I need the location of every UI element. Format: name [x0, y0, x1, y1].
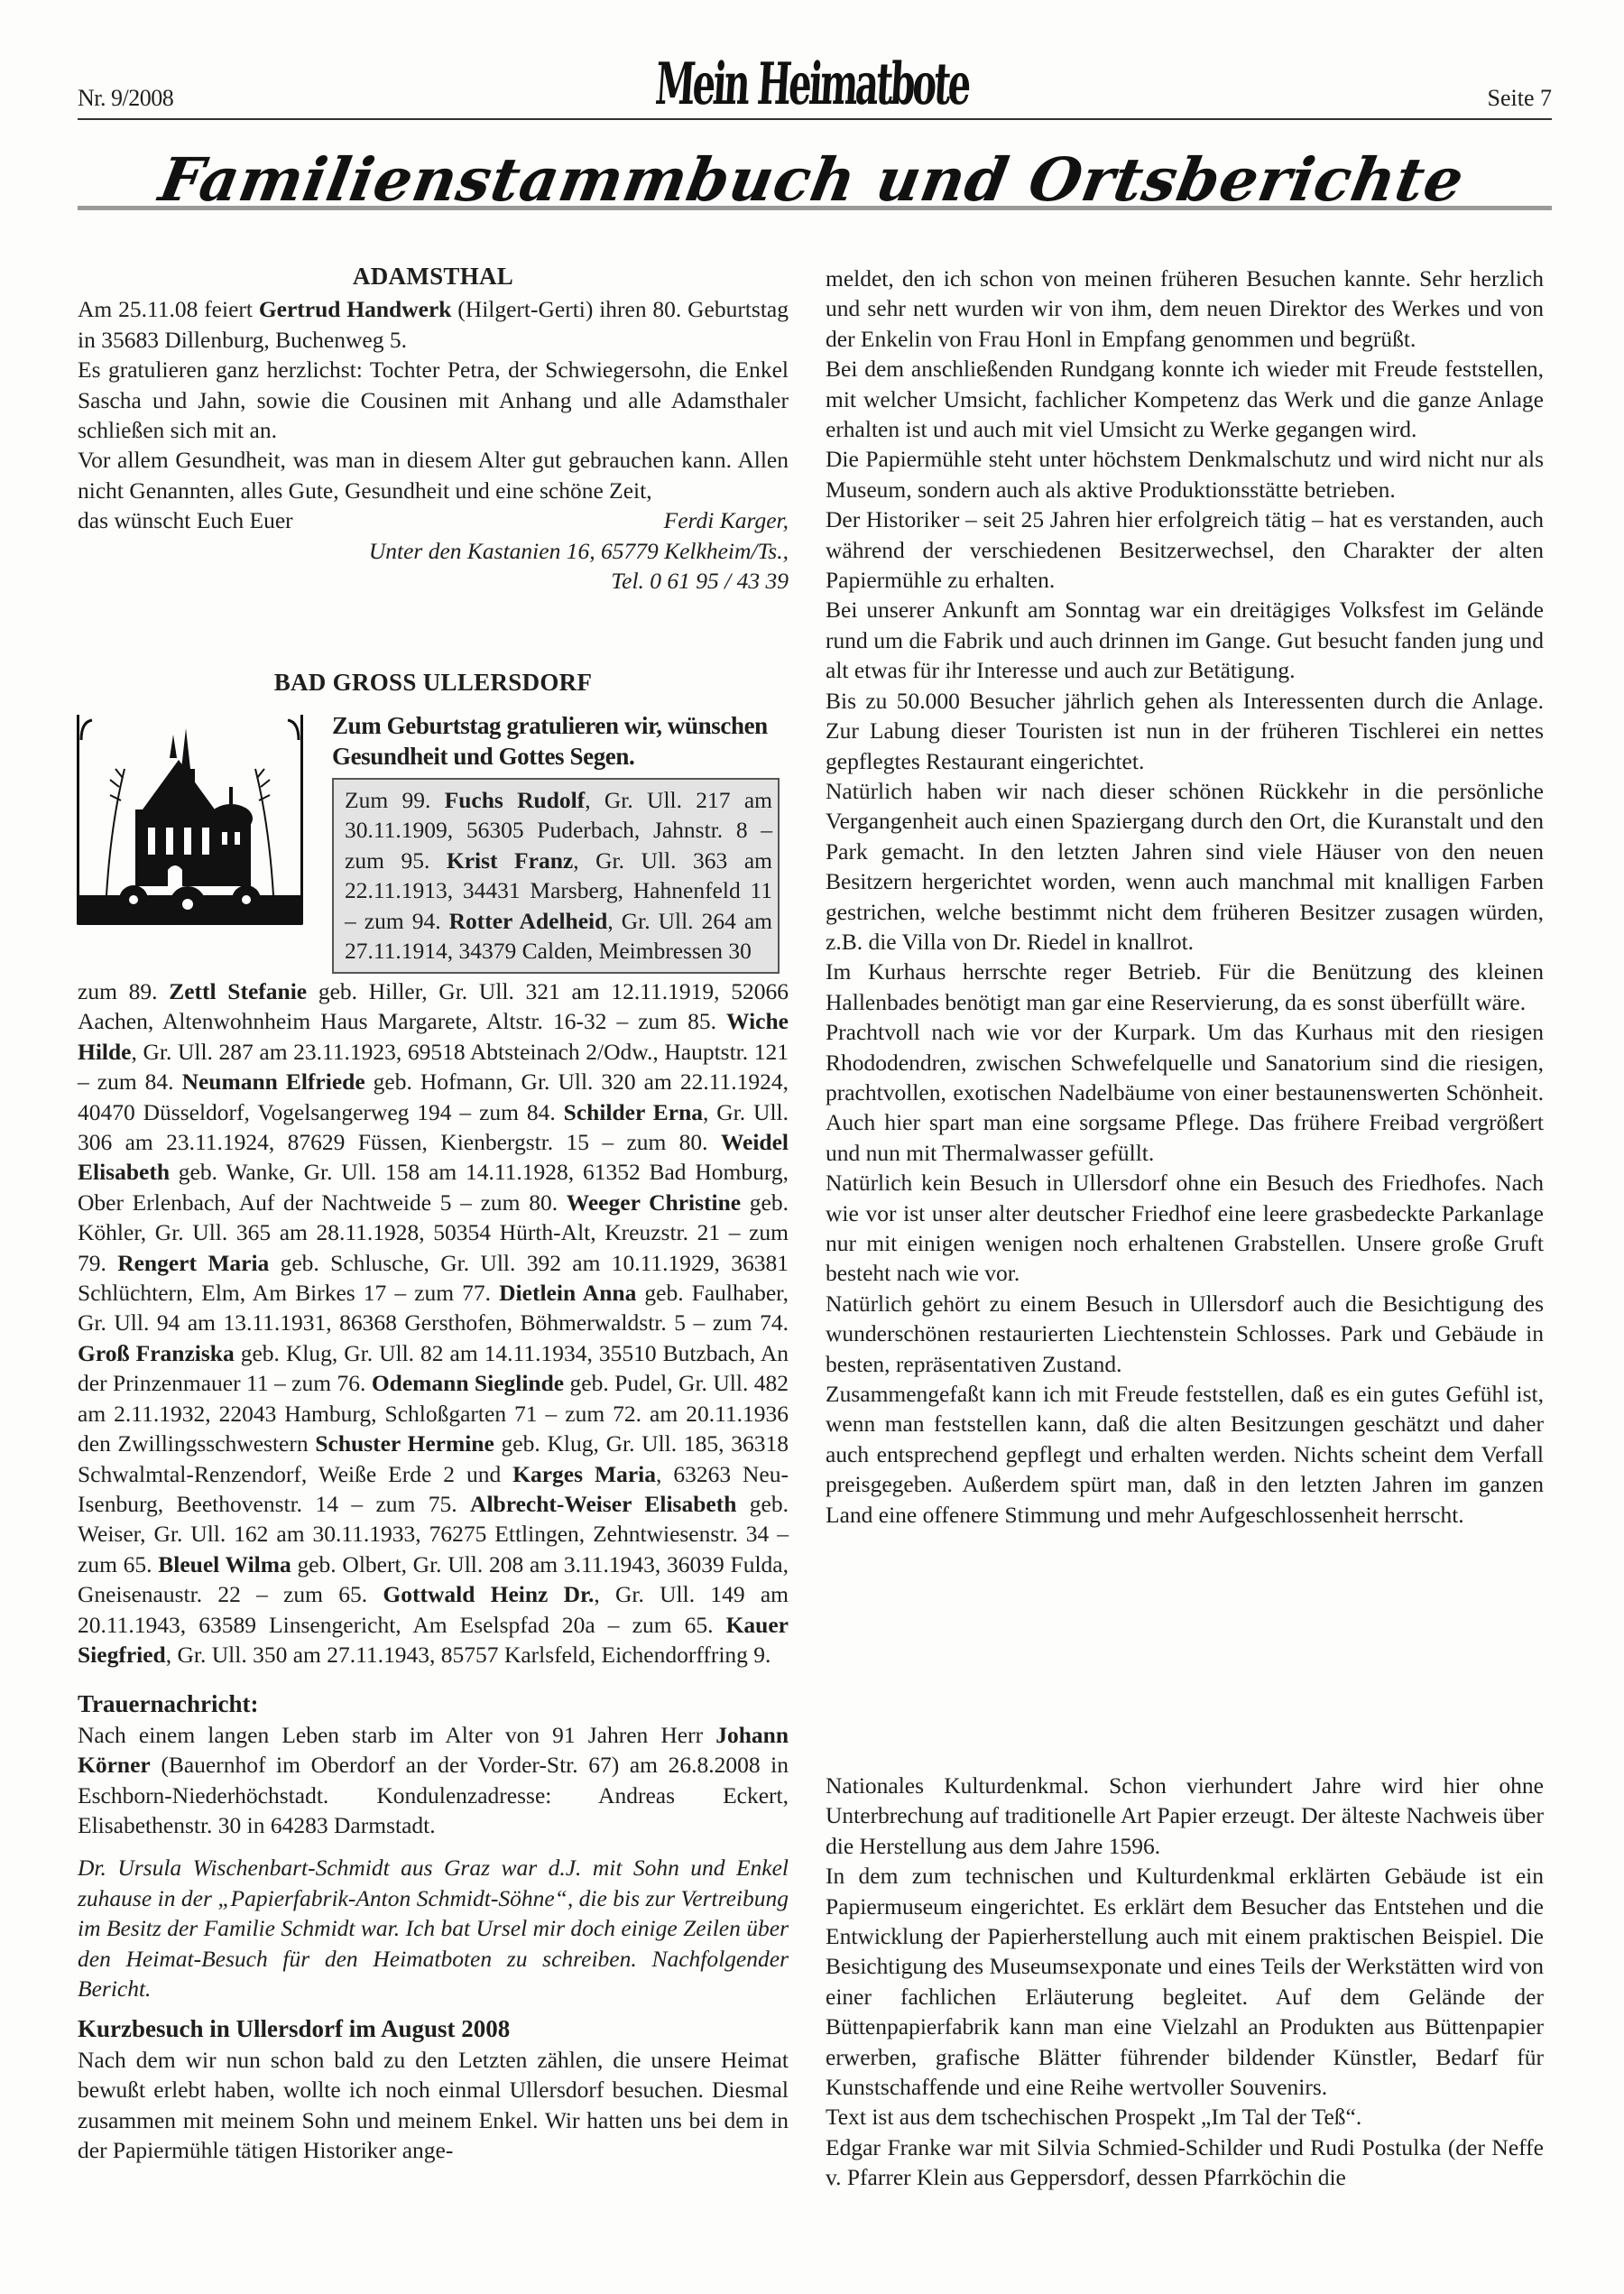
person-name: Neumann Elfriede [182, 1068, 365, 1095]
adamsthal-signoff: das wünscht Euch EuerFerdi Karger, [78, 505, 789, 535]
person-name: Bleuel Wilma [158, 1551, 291, 1577]
article-paragraph: Natürlich gehört zu einem Besuch in Ulle… [826, 1289, 1544, 1379]
person-name: Schuster Hermine [315, 1430, 494, 1457]
trauer-title: Trauernachricht: [78, 1689, 789, 1719]
church-woodcut-icon [77, 715, 303, 925]
article-paragraph: Prachtvoll nach wie vor der Kurpark. Um … [826, 1017, 1544, 1168]
article-paragraph: Der Historiker – seit 25 Jahren hier erf… [826, 504, 1544, 595]
person-name: Dietlein Anna [499, 1280, 636, 1306]
article-paragraph: Im Kurhaus herrschte reger Betrieb. Für … [826, 957, 1544, 1017]
person-name: Weeger Christine [567, 1189, 741, 1216]
article-paragraph: Bei unserer Ankunft am Sonntag war ein d… [826, 595, 1544, 685]
intro-italic: Dr. Ursula Wischenbart-Schmidt aus Graz … [78, 1853, 789, 2003]
entry-text: , Gr. Ull. 350 am 27.11.1943, 85757 Karl… [166, 1642, 771, 1668]
adamsthal-p2: Es gratulieren ganz herzlichst: Tochter … [78, 355, 789, 445]
person-name: Krist Franz [447, 847, 573, 874]
adamsthal-p1: Am 25.11.08 feiert Gertrud Handwerk (Hil… [78, 294, 789, 355]
ullersdorf-title-wrap: BAD GROSS ULLERSDORF [78, 668, 789, 698]
person-name: Rengert Maria [117, 1250, 269, 1276]
article-paragraph: Edgar Franke war mit Silvia Schmied-Schi… [826, 2132, 1544, 2193]
entry-text: zum 89. [78, 978, 169, 1004]
birthday-list-text: zum 89. Zettl Stefanie geb. Hiller, Gr. … [78, 976, 789, 1670]
adamsthal-article: ADAMSTHAL Am 25.11.08 feiert Gertrud Han… [78, 262, 789, 596]
trauer-text: Nach einem langen Leben starb im Alter v… [78, 1720, 789, 1841]
person-name: Fuchs Rudolf [445, 787, 586, 813]
article-paragraph: Bei dem anschließenden Rundgang konnte i… [826, 354, 1544, 444]
birthday-highlight-box: Zum 99. Fuchs Rudolf, Gr. Ull. 217 am 30… [332, 778, 780, 974]
masthead-logo: Mein Heimatbote [0, 51, 1624, 118]
person-name: Karges Maria [512, 1461, 656, 1487]
header-rule [78, 118, 1552, 120]
person-name: Rotter Adelheid [449, 908, 608, 934]
kurzbesuch-p1: Nach dem wir nun schon bald zu den Letzt… [78, 2045, 789, 2166]
ullersdorf-title: BAD GROSS ULLERSDORF [78, 668, 789, 698]
person-name: Albrecht-Weiser Elisabeth [470, 1491, 736, 1517]
person-name: Odemann Sieglinde [372, 1370, 564, 1396]
article-paragraph: Natürlich kein Besuch in Ullersdorf ohne… [826, 1168, 1544, 1289]
right-column-lower: Nationales Kulturdenkmal. Schon vierhund… [826, 1771, 1544, 2193]
page-number: Seite 7 [1488, 85, 1553, 112]
person-name: Zettl Stefanie [169, 978, 307, 1004]
birthday-list: zum 89. Zettl Stefanie geb. Hiller, Gr. … [78, 976, 789, 2165]
person-name: Gottwald Heinz Dr. [383, 1581, 594, 1607]
article-paragraph: meldet, den ich schon von meinen frühere… [826, 264, 1544, 354]
entry-text: Zum 99. [345, 787, 445, 813]
article-paragraph: Bis zu 50.000 Besucher jährlich gehen al… [826, 686, 1544, 776]
right-column-upper: meldet, den ich schon von meinen frühere… [826, 264, 1544, 1530]
article-paragraph: In dem zum technischen und Kulturdenkmal… [826, 1861, 1544, 2102]
article-paragraph: Text ist aus dem tschechischen Prospekt … [826, 2102, 1544, 2132]
article-paragraph: Die Papiermühle steht unter höchstem Den… [826, 444, 1544, 504]
kurzbesuch-title: Kurzbesuch in Ullersdorf im August 2008 [78, 2014, 789, 2044]
adamsthal-p3: Vor allem Gesundheit, was man in diesem … [78, 445, 789, 505]
ullersdorf-greeting: Zum Geburtstag gratulieren wir, wünschen… [332, 710, 788, 772]
article-paragraph: Zusammengefaßt kann ich mit Freude fests… [826, 1379, 1544, 1530]
adamsthal-phone: Tel. 0 61 95 / 43 39 [78, 566, 789, 596]
person-name: Groß Franziska [78, 1340, 235, 1366]
section-banner: Familienstammbuch und Ortsberichte [0, 144, 1624, 215]
article-paragraph: Natürlich haben wir nach dieser schönen … [826, 776, 1544, 957]
adamsthal-address: Unter den Kastanien 16, 65779 Kelkheim/T… [78, 536, 789, 566]
person-name: Schilder Erna [564, 1099, 703, 1125]
article-paragraph: Nationales Kulturdenkmal. Schon vierhund… [826, 1771, 1544, 1861]
adamsthal-title: ADAMSTHAL [78, 262, 789, 291]
